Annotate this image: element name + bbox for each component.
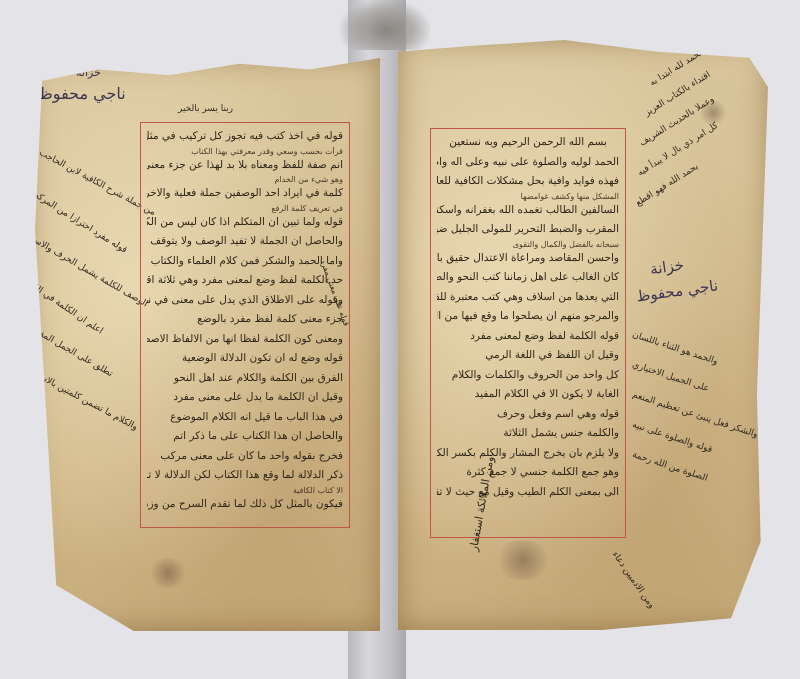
text-line: فيكون بالمثل كل ذلك لما تقدم السرح من وز…: [147, 495, 343, 515]
margin-note: كل امر ذي بال لا يبدأ فيه: [636, 121, 721, 180]
text-line: الحمد لوليه والصلوة على نبيه وعلى اله وا…: [437, 153, 619, 173]
text-line: الغاية لا يكون الا في الكلام المفيد: [437, 385, 619, 405]
text-line: وقيل ان اللفظ في اللغة الرمي: [437, 346, 619, 366]
text-line: السالفين الطالب تغمده الله بغفرانه واسكن…: [437, 201, 619, 221]
margin-note: قوله والصلوة على نبيه: [631, 420, 714, 456]
text-line: فهذه فوايد وافية بحل مشكلات الكافية للعل…: [437, 172, 619, 192]
left-text-block: قوله في اخذ كتب فيه تجوز كل تركيب في مثل…: [140, 122, 350, 528]
text-line: وهو جمع الكلمة جنسي لا جمع كثرة: [437, 463, 619, 483]
basmala: بسم الله الرحمن الرحيم وبه نستعين: [437, 133, 619, 153]
right-text-block: بسم الله الرحمن الرحيم وبه نستعين الحمد …: [430, 128, 626, 538]
text-line: وهو شيء من الخدام: [147, 175, 343, 184]
text-line: واما الحمد والشكر فمن كلام العلماء والكت…: [147, 252, 343, 272]
text-line: قوله الكلمة لفظ وضع لمعنى مفرد: [437, 327, 619, 347]
text-line: الى بمعنى الكلم الطيب وقيل مع حيث لا تقع…: [437, 483, 619, 503]
text-line: سبحانه بالفضل والكمال والتقوى: [437, 240, 619, 249]
left-page: خزانة ناجي محفوظ ربنا يسر بالخير من جملة…: [28, 58, 380, 631]
text-line: المقرب والضبط التحرير للمولى الجليل ضياء…: [437, 220, 619, 240]
text-line: قوله وهي اسم وفعل وحرف: [437, 405, 619, 425]
text-line: كل واحد من الحروف والكلمات والكلام: [437, 366, 619, 386]
right-page: خزانة ناجي محفوظ قوله الحمد لله ابتدا به…: [398, 40, 768, 630]
top-note: ربنا يسر بالخير: [178, 104, 233, 115]
text-line: كان الغالب على اهل زماننا كتب النحو والص…: [437, 268, 619, 288]
margin-note: اعلم ان الكلمة في اللغة: [24, 278, 105, 337]
margin-note: على الجميل الاختياري: [631, 360, 711, 395]
text-line: ولا يلزم بان يخرج المشار والكلم بكسر الك…: [437, 444, 619, 464]
text-line: قوله ولما تبين ان المتكلم اذا كان ليس من…: [147, 213, 343, 233]
text-line: ذكر الدلالة لما وقع هذا الكتاب لكن الدلا…: [147, 466, 343, 486]
text-line: المشكل منها وكشف غوامضها: [437, 192, 619, 201]
text-line: التي يعدها من اسلاف وهي كتب معتبرة للفضل…: [437, 288, 619, 308]
stain: [698, 100, 728, 125]
stain: [148, 558, 188, 588]
binding-shadow: [340, 0, 430, 50]
ownership-stamp-collection-right: خزانة: [649, 256, 685, 279]
text-line: والكلمة جنس يشمل الثلاثة: [437, 424, 619, 444]
text-line: والحاصل ان الجملة لا تفيد الوصف ولا يتوق…: [147, 232, 343, 252]
margin-note: والكلام ما تضمن كلمتين بالاسناد: [29, 368, 139, 434]
text-line: وقيل ان الكلمة ما يدل على معنى مفرد: [147, 388, 343, 408]
text-line: في هذا الباب ما قيل انه الكلام الموضوع: [147, 408, 343, 428]
ownership-stamp-owner: ناجي محفوظ: [38, 84, 126, 103]
text-line: انم صفة للفظ ومعناه بلا بد لهذا عن جزء م…: [147, 156, 343, 176]
text-line: والمرجو منهم ان يصلحوا ما وقع فيها من ال…: [437, 307, 619, 327]
text-line: واحسن المقاصد ومراعاة الاعتدال حقيق بان …: [437, 249, 619, 269]
text-line: وقوله على الاطلاق الذي يدل على معنى في ن…: [147, 291, 343, 311]
margin-note: ومن الادميين دعاء: [609, 550, 656, 611]
text-line: فخرج بقوله واحد ما كان على معنى مركب: [147, 447, 343, 467]
margin-note: الصلوة من الله رحمة: [631, 450, 709, 485]
text-line: حد الكلمة لفظ وضع لمعنى مفرد وهي ثلاثة ا…: [147, 271, 343, 291]
text-line: الفرق بين الكلمة والكلام عند اهل النحو: [147, 369, 343, 389]
text-line: قرأت بحسب وسعي وقدر معرفتي بهذا الكتاب: [147, 147, 343, 156]
text-line: قوله في اخذ كتب فيه تجوز كل تركيب في مثل…: [147, 127, 343, 147]
ownership-stamp-owner-right: ناجي محفوظ: [635, 276, 719, 305]
text-line: ومعنى كون الكلمة لفظا انها من الالفاظ ال…: [147, 330, 343, 350]
text-line: في تعريف كلمة الرفع: [147, 204, 343, 213]
text-line: قوله وضع له ان تكون الدلالة الوضعية: [147, 349, 343, 369]
text-line: الا كتاب الكافية: [147, 486, 343, 495]
stain: [493, 540, 553, 580]
ownership-stamp-collection: خزانة: [76, 66, 101, 79]
text-line: جزء معنى كلمة لفظ مفرد بالوضع: [147, 310, 343, 330]
text-line: كلمة في ايراد احد الوصفين جملة فعلية وال…: [147, 184, 343, 204]
margin-note: قوله الحمد لله ابتدا به: [648, 37, 723, 90]
text-line: والحاصل ان هذا الكتاب على ما ذكر اتم: [147, 427, 343, 447]
